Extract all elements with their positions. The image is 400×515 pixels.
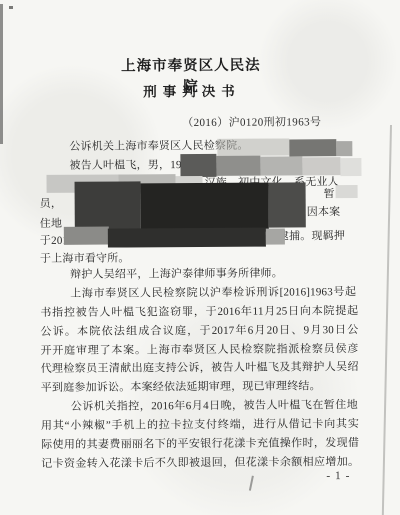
body-line: 被告人叶榅飞，男，1988	[69, 158, 193, 175]
body-line: 公诉。本院依法组成合议庭，于2017年6月20日、9月30日公	[40, 323, 358, 340]
body-line: 用其“小辣椒”手机上的拉卡拉支付终端，进行从借记卡向其实	[41, 417, 359, 434]
redaction-block	[180, 154, 216, 177]
redaction-block	[340, 158, 361, 176]
body-line: 逮捕。现羁押	[278, 229, 345, 245]
redaction-block	[64, 227, 109, 245]
redaction-block	[108, 228, 266, 248]
body-line: 暂	[324, 187, 335, 203]
body-line: 因本案	[307, 205, 341, 221]
body-line: 于上海市看守所。	[40, 251, 130, 268]
redaction-block	[141, 183, 269, 233]
body-line: 辩护人吴绍平，上海沪泰律师事务所律师。	[70, 266, 283, 283]
redaction-block	[289, 139, 336, 156]
body-line: 书指控被告人叶榅飞犯盗窃罪，于2016年11月25日向本院提起	[40, 304, 358, 321]
body-line: 开开庭审理了本案。上海市奉贤区人民检察院指派检察员侯彦伟、	[41, 342, 359, 359]
redaction-block	[336, 141, 352, 156]
scan-speck	[9, 6, 13, 9]
case-number: （2016）沪0120刑初1963号	[182, 113, 321, 130]
redaction-block	[75, 181, 141, 232]
body-line: 员，	[40, 197, 63, 213]
redaction-block	[266, 228, 285, 244]
redaction-block	[269, 182, 306, 227]
body-line: 平到庭参加诉讼。本案经依法延期审理，现已审理终结。	[41, 379, 321, 397]
redaction-block	[302, 157, 340, 175]
document-title: 刑事判决书	[127, 80, 251, 101]
body-line: 代理检察员王清献出庭支持公诉，被告人叶榅飞及其辩护人吴绍	[41, 360, 359, 377]
body-line: 记卡资金转入花漾卡后不久即被退回，但花漾卡余额相应增加。	[41, 455, 359, 472]
body-line: 公诉机关指控，2016年6月4日晚，被告人叶榅飞在暂住地	[71, 398, 358, 415]
redaction-block	[217, 138, 289, 155]
scanned-judgment-page: 上海市奉贤区人民法院 刑事判决书 （2016）沪0120刑初1963号 公诉机关…	[0, 0, 400, 515]
scan-left-edge-artifact	[0, 4, 3, 144]
page-content: 上海市奉贤区人民法院 刑事判决书 （2016）沪0120刑初1963号 公诉机关…	[0, 0, 400, 515]
stray-slash-mark	[249, 476, 254, 491]
body-line: 住地	[40, 217, 63, 233]
page-number: - 1 -	[326, 470, 350, 482]
body-line: 上海市奉贤区人民检察院以沪奉检诉刑诉[2016]1963号起诉	[70, 285, 356, 302]
redaction-block	[216, 156, 260, 176]
redaction-block	[336, 185, 358, 198]
body-line: 际使用的其妻费丽丽名下的平安银行花漾卡充值操作时，发现借	[41, 436, 359, 453]
redaction-block	[260, 156, 302, 175]
